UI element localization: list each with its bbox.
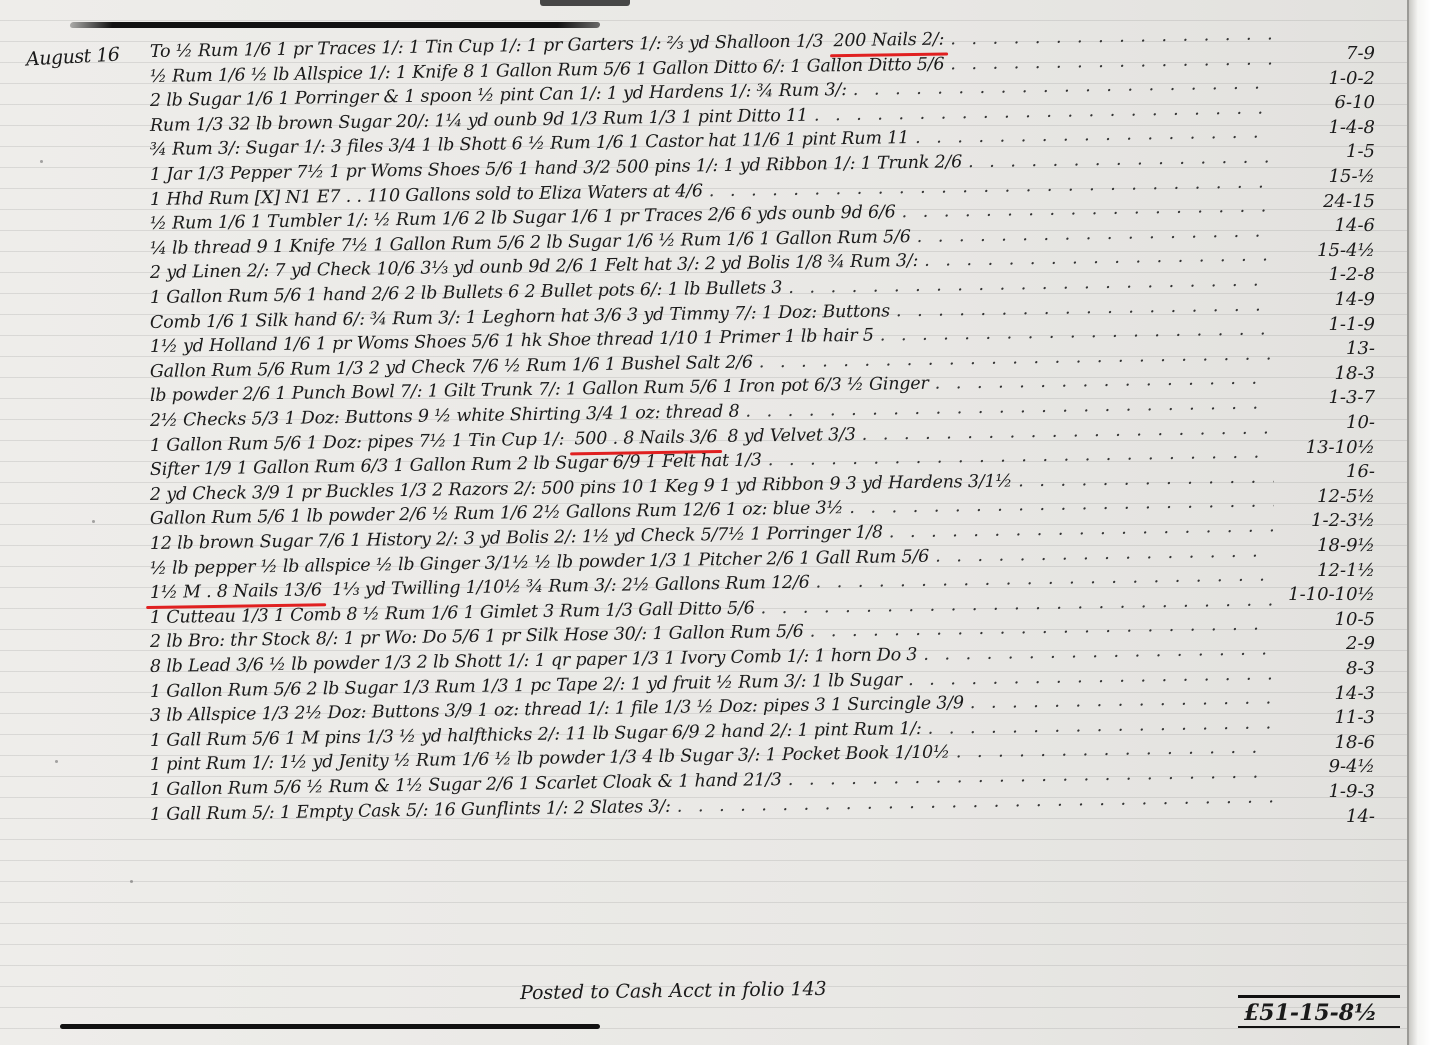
- nails-highlight: 1½ M . 8 Nails 13/6: [150, 580, 322, 603]
- entry-amount: 14-: [1250, 806, 1375, 827]
- ledger-page: August 16 To ½ Rum 1/6 1 pr Traces 1/: 1…: [0, 0, 1410, 1045]
- paper-speck: [92, 520, 95, 523]
- nails-highlight: 200 Nails 2/:: [833, 30, 944, 52]
- leader-dots: . . . . . . . . . . . . . . . . . . . . …: [915, 122, 1274, 148]
- leader-dots: . . . . . . . . . . . . . . . . . . . . …: [935, 541, 1274, 566]
- leader-dots: . . . . . . . . . . . . . . . . . . . . …: [934, 368, 1273, 393]
- nails-highlight: 500 . 8 Nails 3/6: [574, 427, 717, 449]
- leader-dots: . . . . . . . . . . . . . . . . . . . . …: [970, 688, 1274, 713]
- leader-dots: . . . . . . . . . . . . . . . . . . . . …: [927, 713, 1273, 738]
- leader-dots: . . . . . . . . . . . . . . . . . . . . …: [924, 245, 1274, 270]
- leader-dots: . . . . . . . . . . . . . . . . . . . . …: [917, 221, 1274, 247]
- paper-speck: [40, 160, 43, 163]
- paper-speck: [55, 760, 58, 763]
- page-edge: [1407, 0, 1431, 1045]
- leader-dots: . . . . . . . . . . . . . . . . . . . . …: [956, 737, 1274, 762]
- leader-dots: . . . . . . . . . . . . . . . . . . . . …: [923, 639, 1274, 665]
- leader-dots: . . . . . . . . . . . . . . . . . . . . …: [950, 49, 1274, 74]
- ledger-entries: To ½ Rum 1/6 1 pr Traces 1/: 1 Tin Cup 1…: [0, 0, 1410, 1045]
- leader-dots: . . . . . . . . . . . . . . . . . . . . …: [1018, 467, 1274, 491]
- entry-text-after: 8 yd Velvet 3/3: [727, 425, 856, 447]
- ledger-total: £51-15-8½: [1238, 995, 1400, 1028]
- posted-note: Posted to Cash Acct in folio 143: [520, 978, 827, 1004]
- paper-speck: [130, 880, 133, 883]
- leader-dots: . . . . . . . . . . . . . . . . . . . . …: [950, 24, 1274, 49]
- leader-dots: . . . . . . . . . . . . . . . . . . . . …: [968, 147, 1274, 172]
- bottom-rule-line: [60, 1024, 600, 1029]
